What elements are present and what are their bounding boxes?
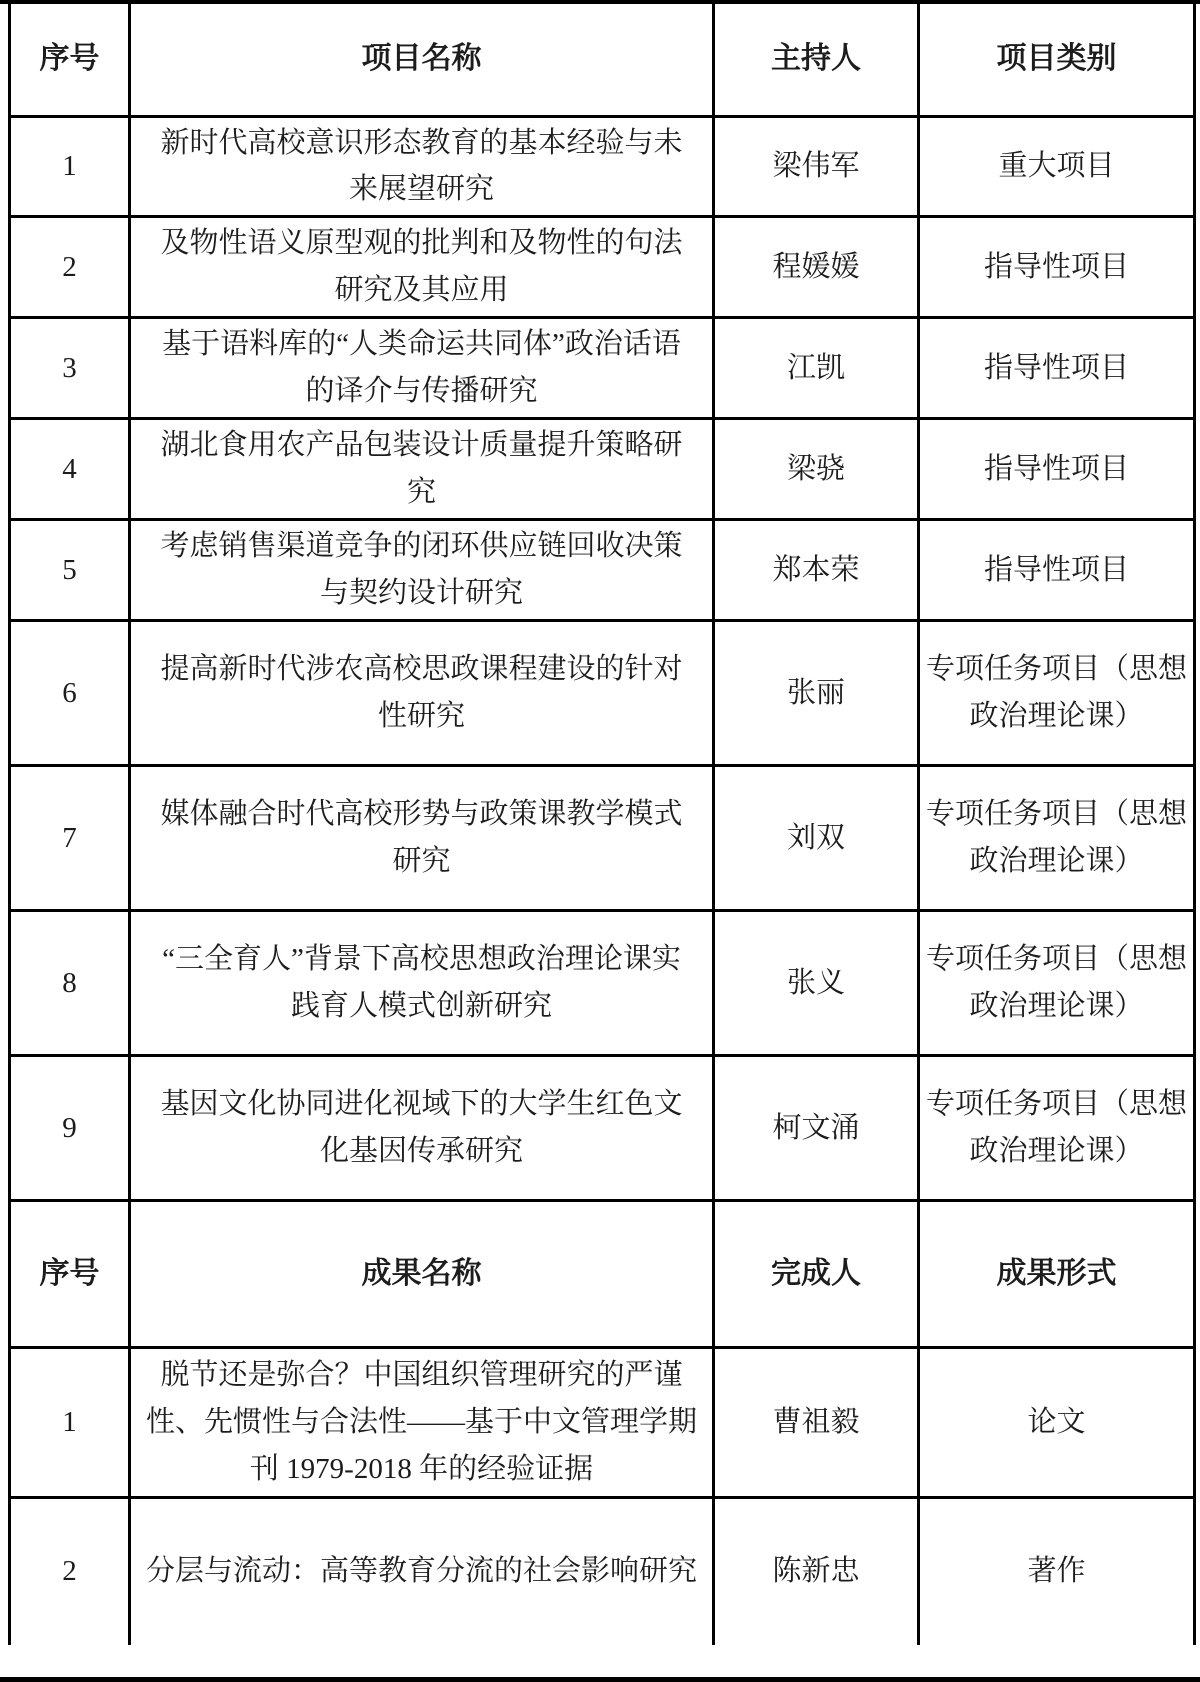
category-cell: 著作 — [919, 1498, 1195, 1645]
no-cell: 8 — [10, 911, 130, 1056]
name-cell: 脱节还是弥合？中国组织管理研究的严谨 性、先惯性与合法性——基于中文管理学期 刊… — [130, 1348, 714, 1498]
header-cell-name: 项目名称 — [130, 4, 714, 116]
table-row: 7媒体融合时代高校形势与政策课教学模式 研究刘双专项任务项目（思想 政治理论课） — [10, 766, 1195, 911]
person-cell: 郑本荣 — [714, 520, 919, 621]
person-cell: 张义 — [714, 911, 919, 1056]
header-row: 序号成果名称完成人成果形式 — [10, 1201, 1195, 1348]
category-cell: 专项任务项目（思想 政治理论课） — [919, 1056, 1195, 1201]
name-cell: 提高新时代涉农高校思政课程建设的针对 性研究 — [130, 621, 714, 766]
no-cell: 2 — [10, 1498, 130, 1645]
no-cell: 1 — [10, 1348, 130, 1498]
category-cell: 专项任务项目（思想 政治理论课） — [919, 911, 1195, 1056]
header-cell-no: 序号 — [10, 4, 130, 116]
name-cell: 基因文化协同进化视域下的大学生红色文 化基因传承研究 — [130, 1056, 714, 1201]
table-row: 4湖北食用农产品包装设计质量提升策略研 究梁骁指导性项目 — [10, 419, 1195, 520]
header-cell-no: 序号 — [10, 1201, 130, 1348]
category-cell: 指导性项目 — [919, 520, 1195, 621]
header-cell-person: 主持人 — [714, 4, 919, 116]
no-cell: 1 — [10, 116, 130, 217]
bottom-rule — [0, 1677, 1200, 1682]
no-cell: 6 — [10, 621, 130, 766]
no-cell: 3 — [10, 318, 130, 419]
header-row: 序号项目名称主持人项目类别 — [10, 4, 1195, 116]
person-cell: 江凯 — [714, 318, 919, 419]
category-cell: 指导性项目 — [919, 217, 1195, 318]
name-cell: “三全育人”背景下高校思想政治理论课实 践育人模式创新研究 — [130, 911, 714, 1056]
name-cell: 新时代高校意识形态教育的基本经验与未 来展望研究 — [130, 116, 714, 217]
name-cell: 及物性语义原型观的批判和及物性的句法 研究及其应用 — [130, 217, 714, 318]
table-row: 1脱节还是弥合？中国组织管理研究的严谨 性、先惯性与合法性——基于中文管理学期 … — [10, 1348, 1195, 1498]
no-cell: 9 — [10, 1056, 130, 1201]
person-cell: 张丽 — [714, 621, 919, 766]
table-row: 1新时代高校意识形态教育的基本经验与未 来展望研究梁伟军重大项目 — [10, 116, 1195, 217]
projects-table: 序号项目名称主持人项目类别1新时代高校意识形态教育的基本经验与未 来展望研究梁伟… — [8, 4, 1196, 1645]
person-cell: 柯文涌 — [714, 1056, 919, 1201]
person-cell: 梁骁 — [714, 419, 919, 520]
category-cell: 专项任务项目（思想 政治理论课） — [919, 621, 1195, 766]
table-row: 2及物性语义原型观的批判和及物性的句法 研究及其应用程媛媛指导性项目 — [10, 217, 1195, 318]
no-cell: 2 — [10, 217, 130, 318]
table-row: 2分层与流动：高等教育分流的社会影响研究陈新忠著作 — [10, 1498, 1195, 1645]
category-cell: 论文 — [919, 1348, 1195, 1498]
name-cell: 湖北食用农产品包装设计质量提升策略研 究 — [130, 419, 714, 520]
no-cell: 4 — [10, 419, 130, 520]
table-row: 8“三全育人”背景下高校思想政治理论课实 践育人模式创新研究张义专项任务项目（思… — [10, 911, 1195, 1056]
person-cell: 曹祖毅 — [714, 1348, 919, 1498]
projects-table-body: 序号项目名称主持人项目类别1新时代高校意识形态教育的基本经验与未 来展望研究梁伟… — [10, 4, 1195, 1645]
header-cell-category: 项目类别 — [919, 4, 1195, 116]
person-cell: 陈新忠 — [714, 1498, 919, 1645]
category-cell: 重大项目 — [919, 116, 1195, 217]
header-cell-category: 成果形式 — [919, 1201, 1195, 1348]
category-cell: 指导性项目 — [919, 318, 1195, 419]
name-cell: 分层与流动：高等教育分流的社会影响研究 — [130, 1498, 714, 1645]
name-cell: 媒体融合时代高校形势与政策课教学模式 研究 — [130, 766, 714, 911]
table-row: 6提高新时代涉农高校思政课程建设的针对 性研究张丽专项任务项目（思想 政治理论课… — [10, 621, 1195, 766]
person-cell: 梁伟军 — [714, 116, 919, 217]
name-cell: 基于语料库的“人类命运共同体”政治话语 的译介与传播研究 — [130, 318, 714, 419]
category-cell: 指导性项目 — [919, 419, 1195, 520]
person-cell: 程媛媛 — [714, 217, 919, 318]
table-row: 3基于语料库的“人类命运共同体”政治话语 的译介与传播研究江凯指导性项目 — [10, 318, 1195, 419]
no-cell: 7 — [10, 766, 130, 911]
person-cell: 刘双 — [714, 766, 919, 911]
category-cell: 专项任务项目（思想 政治理论课） — [919, 766, 1195, 911]
table-row: 9基因文化协同进化视域下的大学生红色文 化基因传承研究柯文涌专项任务项目（思想 … — [10, 1056, 1195, 1201]
table-row: 5考虑销售渠道竞争的闭环供应链回收决策 与契约设计研究郑本荣指导性项目 — [10, 520, 1195, 621]
header-cell-person: 完成人 — [714, 1201, 919, 1348]
document-page: 序号项目名称主持人项目类别1新时代高校意识形态教育的基本经验与未 来展望研究梁伟… — [0, 0, 1200, 1682]
name-cell: 考虑销售渠道竞争的闭环供应链回收决策 与契约设计研究 — [130, 520, 714, 621]
no-cell: 5 — [10, 520, 130, 621]
header-cell-name: 成果名称 — [130, 1201, 714, 1348]
